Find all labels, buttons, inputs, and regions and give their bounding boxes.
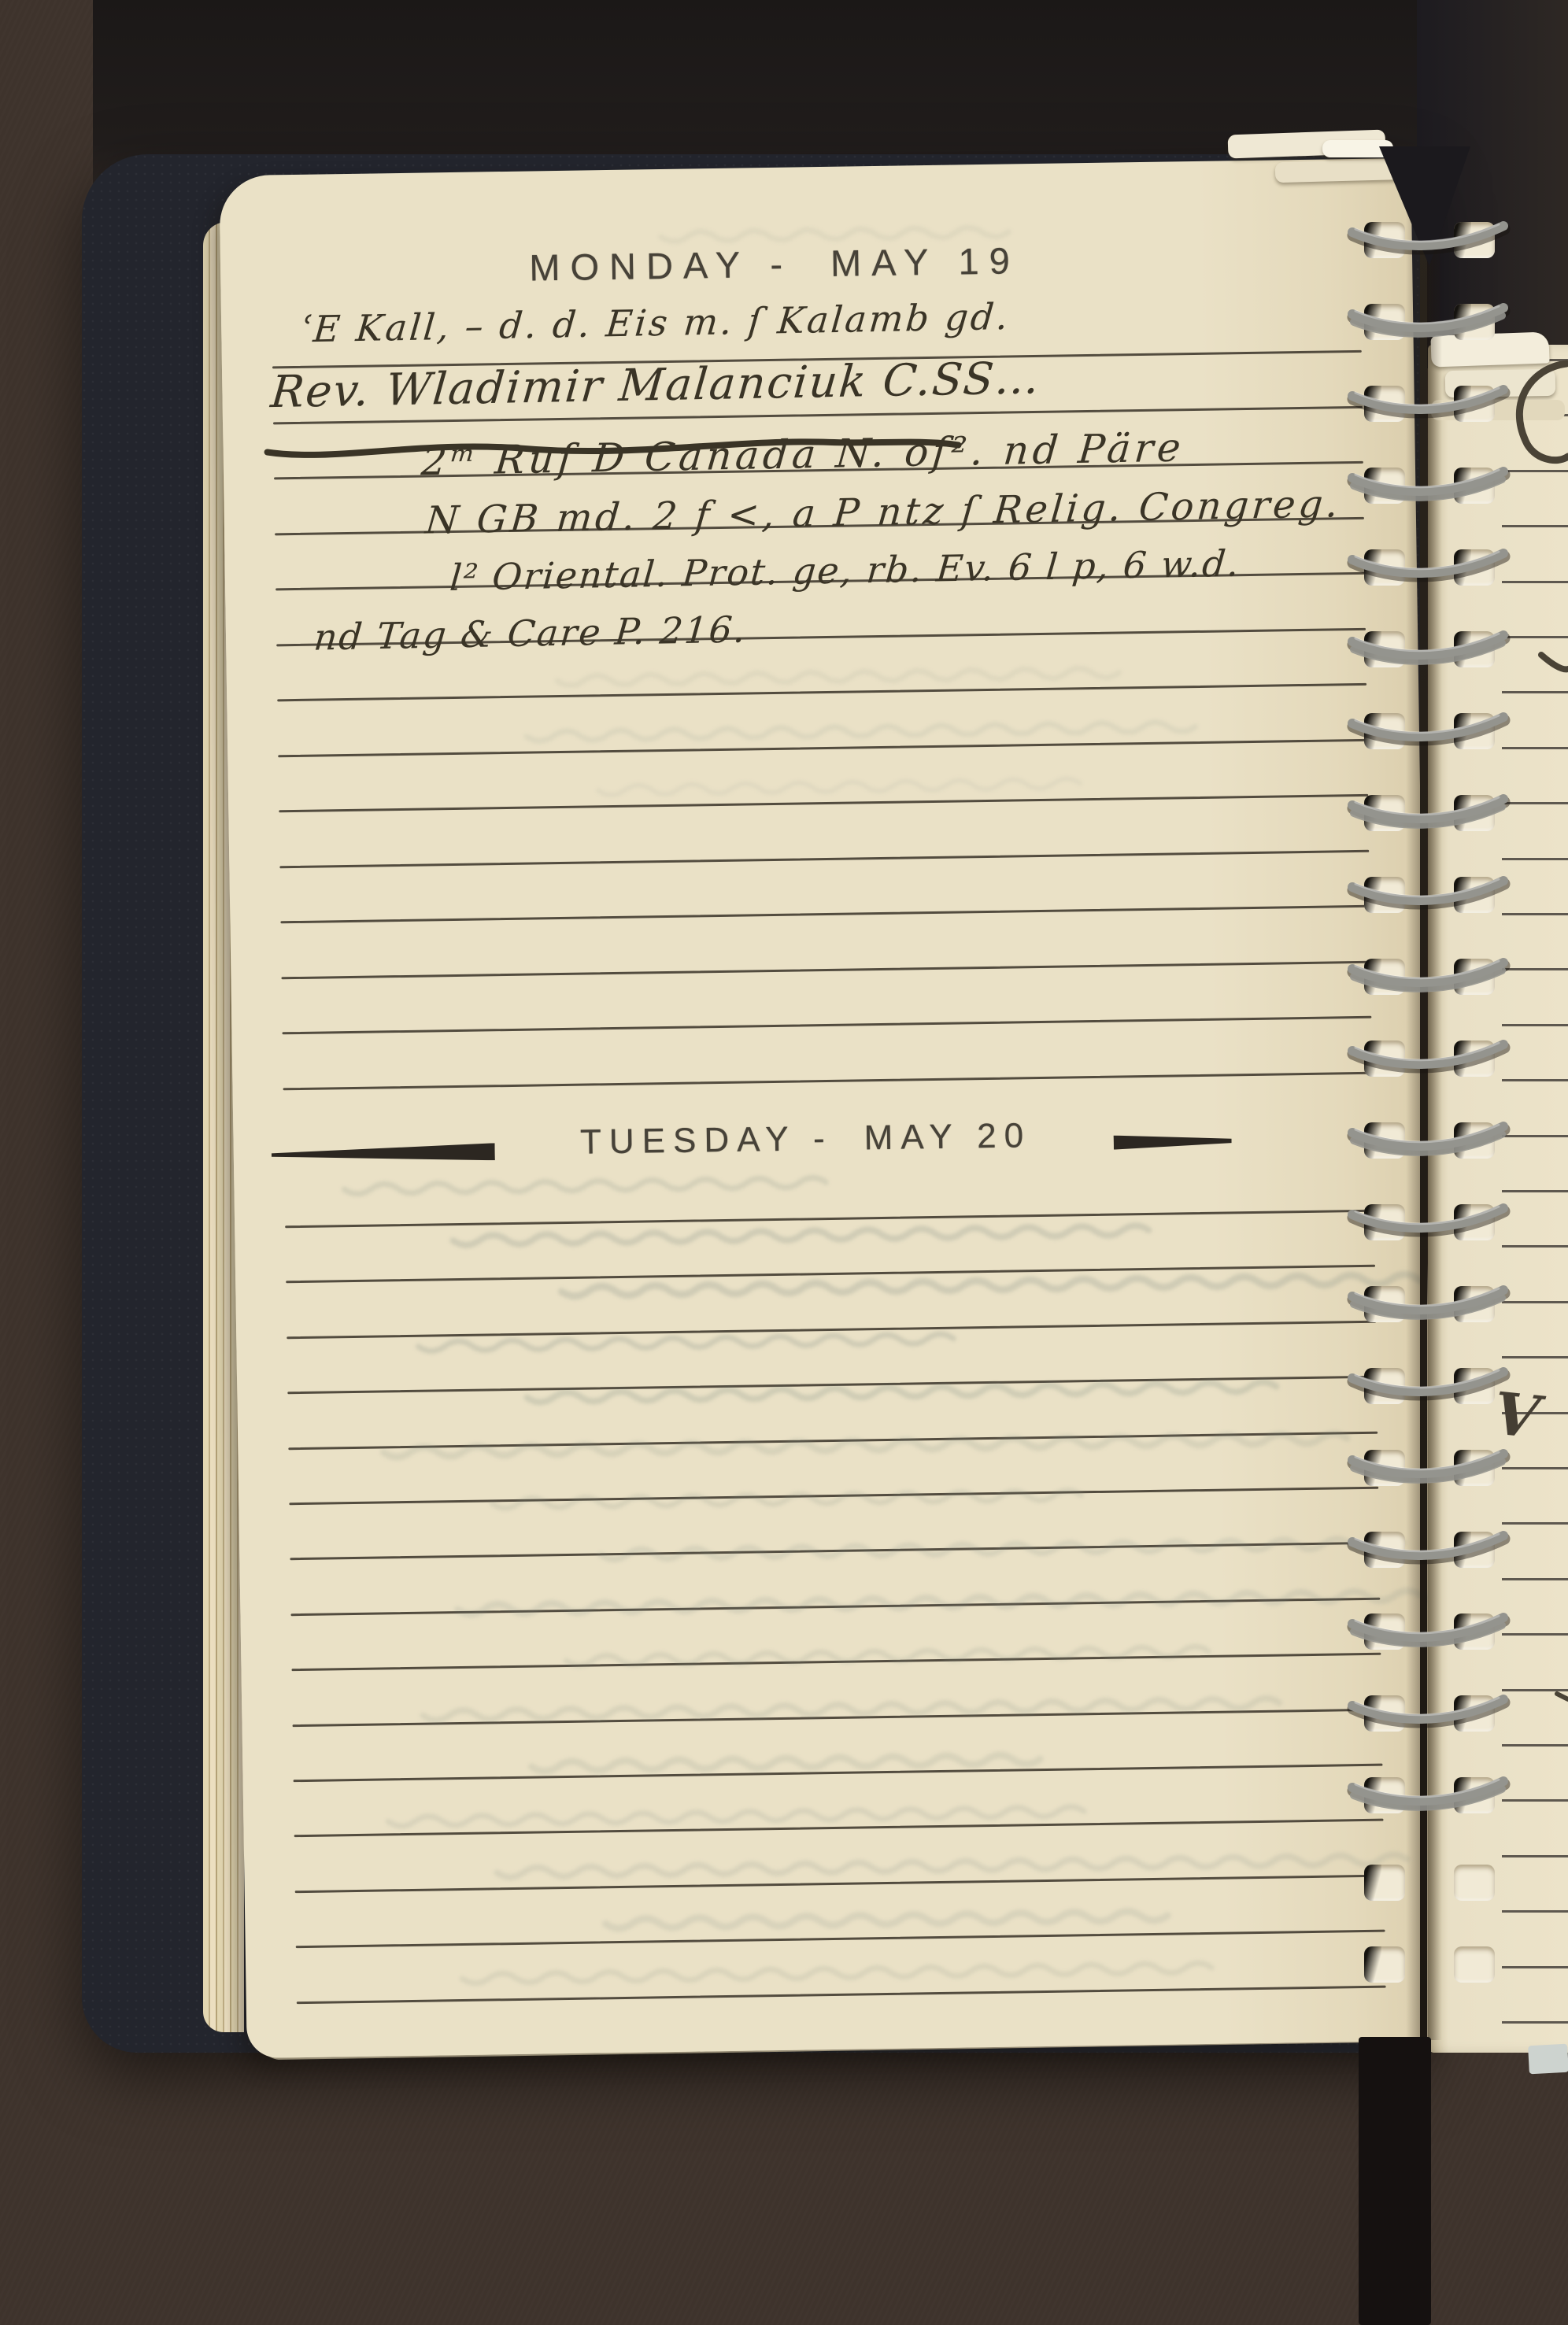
ruled-line <box>1502 1079 1568 1081</box>
ruled-line <box>1502 1135 1568 1137</box>
ghost-writing-line <box>598 778 1080 795</box>
ghost-writing-line <box>557 667 1119 686</box>
ghost-writing-line <box>605 1911 1167 1929</box>
ruled-line <box>1502 1522 1568 1525</box>
ghost-writing-line <box>457 1590 1438 1614</box>
ghost-writing-line <box>531 1754 1040 1772</box>
spiral-ring <box>1348 216 1508 267</box>
ruled-line <box>1502 968 1568 970</box>
ghost-writing-line <box>601 1538 1403 1559</box>
punch-hole <box>1454 1865 1495 1901</box>
left-page: MONDAY - MAY 19 ʿE Kall, – d. d. Eis m. … <box>219 158 1438 2058</box>
ruled-line <box>1502 1356 1568 1358</box>
ruled-line <box>1502 1467 1568 1469</box>
ghost-writing-line <box>497 1854 1407 1877</box>
ruled-line <box>1502 1190 1568 1192</box>
ruled-line <box>1502 636 1568 638</box>
check-mark: V <box>1491 1380 1543 1452</box>
spiral-ring <box>1348 1526 1508 1576</box>
spiral-ring <box>1348 1772 1508 1822</box>
page-corner-sliver <box>1528 2044 1568 2075</box>
ruled-line <box>1502 1799 1568 1802</box>
spiral-ring <box>1348 789 1508 840</box>
ruled-line <box>1502 691 1568 693</box>
ruled-line <box>1502 1633 1568 1636</box>
ruled-line <box>1502 858 1568 860</box>
ghost-writing-line <box>527 722 1196 741</box>
spiral-ring <box>1348 1281 1508 1331</box>
spiral-ring <box>1348 298 1508 349</box>
ghost-writing-line <box>561 1273 1438 1296</box>
spiral-ring <box>1348 1117 1508 1167</box>
punch-hole <box>1364 1865 1405 1901</box>
spiral-ring <box>1348 871 1508 922</box>
spiral-ring <box>1348 953 1508 1004</box>
ruled-line <box>1502 2021 1568 2024</box>
ghost-writing-line <box>566 1647 1208 1665</box>
spiral-ring <box>1348 626 1508 676</box>
ruled-line <box>1502 581 1568 583</box>
ruled-line <box>1502 1744 1568 1747</box>
ruled-line <box>1502 802 1568 804</box>
handwriting-entry: nd Tag & Care P. 216. <box>312 608 749 658</box>
spiral-ring <box>1348 380 1508 431</box>
spiral-ring <box>1348 544 1508 594</box>
ruled-line <box>1502 470 1568 472</box>
ghost-writing-line <box>453 1225 1148 1245</box>
ghost-writing-line <box>492 1490 1081 1508</box>
ruled-line <box>1502 747 1568 749</box>
ghost-writing-line <box>423 1698 1279 1721</box>
punch-hole <box>1364 1946 1405 1983</box>
ruled-line <box>1502 1024 1568 1026</box>
hole-shadow <box>1364 1865 1381 1901</box>
ghost-writing-line <box>527 1382 1276 1403</box>
ghost-writing-line <box>388 1806 1084 1826</box>
ruled-line <box>1502 1578 1568 1580</box>
monday-day-label: MONDAY - <box>529 242 793 289</box>
spiral-ring <box>1348 1608 1508 1658</box>
ghost-writing-line <box>344 1177 826 1194</box>
spiral-ring <box>1348 1444 1508 1495</box>
ruled-line <box>1502 1855 1568 1857</box>
ruled-line <box>1502 1910 1568 1913</box>
tuesday-day-label: TUESDAY - <box>580 1119 833 1162</box>
monday-date-label: MAY 19 <box>830 238 1021 285</box>
spiral-ring <box>1348 462 1508 512</box>
spiral-ring <box>1348 1035 1508 1085</box>
ruled-line <box>1502 525 1568 527</box>
spine-shadow-below <box>1359 2037 1431 2325</box>
ruled-line <box>1502 1689 1568 1691</box>
ghost-writing-line <box>383 1433 1347 1457</box>
spiral-ring <box>1348 1362 1508 1413</box>
ruled-line <box>1502 913 1568 915</box>
ghost-writing-line <box>418 1334 953 1351</box>
punch-hole <box>1454 1946 1495 1983</box>
ghost-writing-line <box>462 1963 1211 1983</box>
ruled-line <box>1502 1245 1568 1248</box>
spiral-ring <box>1348 1690 1508 1740</box>
ruled-line <box>1502 1301 1568 1303</box>
spiral-ring <box>1348 1199 1508 1249</box>
diary-photo: MONDAY - MAY 19 ʿE Kall, – d. d. Eis m. … <box>0 0 1568 2325</box>
spiral-ring <box>1348 708 1508 758</box>
hole-shadow <box>1364 1946 1381 1983</box>
ruled-line <box>1502 1966 1568 1968</box>
tuesday-date-label: MAY 20 <box>864 1116 1031 1158</box>
